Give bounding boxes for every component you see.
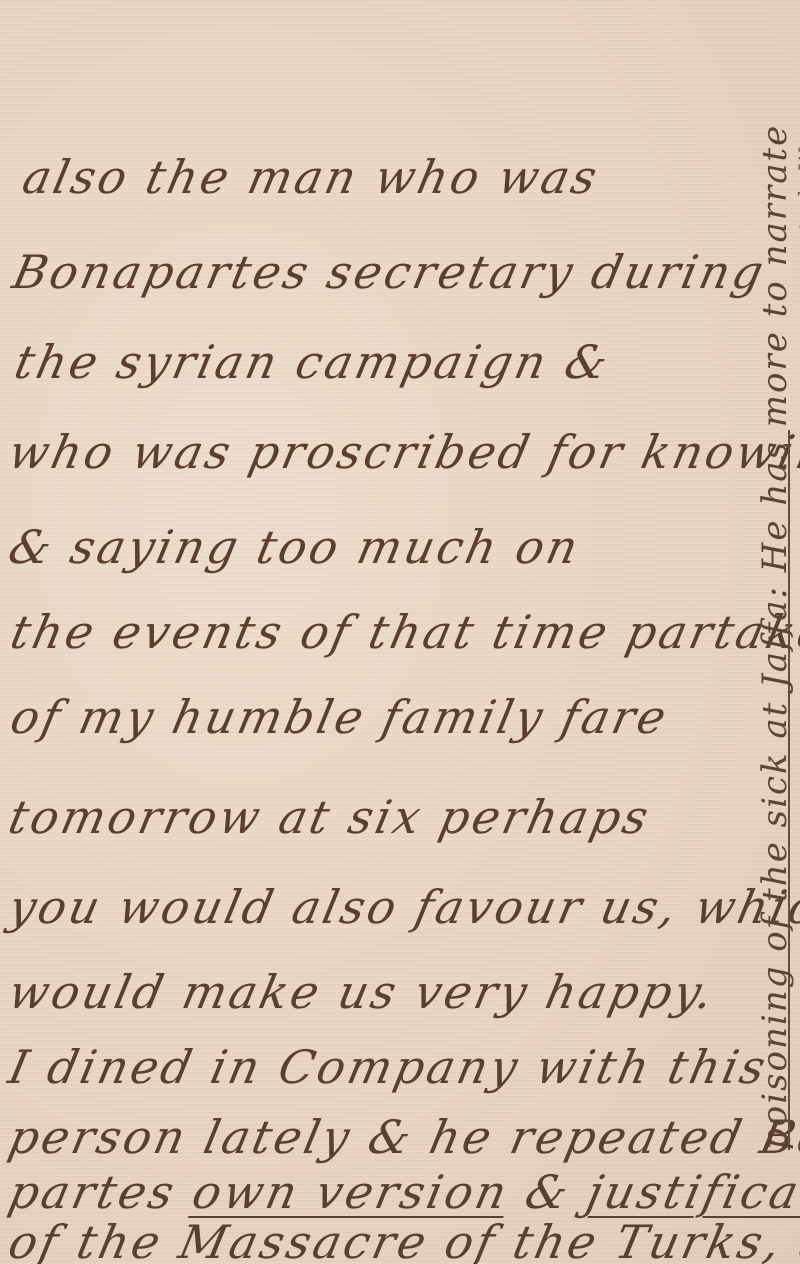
underlined-own-version: own version [188, 1165, 515, 1219]
text-line-7: of my humble family fare [6, 690, 674, 744]
text-line-1: also the man who was [18, 150, 605, 204]
text-line-4: who was proscribed for knowing [4, 425, 800, 479]
margin-note-outer: yours truly W. ... [796, 118, 800, 300]
text-line-13-part: partes [4, 1165, 199, 1219]
text-line-11: I dined in Company with this [4, 1040, 773, 1094]
text-line-2: Bonapartes secretary during [8, 245, 771, 299]
text-line-9: you would also favour us, which [4, 880, 800, 934]
text-line-3: the syrian campaign & [10, 335, 615, 389]
text-line-8: tomorrow at six perhaps [4, 790, 656, 844]
underlined-massacre: Massacre of the Turks [174, 1215, 770, 1264]
text-line-13: partes own version & justification [4, 1165, 800, 1219]
ampersand: & [503, 1165, 594, 1219]
text-line-5: & saying too much on [4, 520, 586, 574]
text-line-14: of the Massacre of the Turks, and the [4, 1215, 800, 1264]
text-line-12: person lately & he repeated Bona- [4, 1110, 800, 1164]
text-line-6: the events of that time partake [6, 605, 800, 659]
text-line-10: would make us very happy. [4, 965, 721, 1019]
text-line-14-part: of the [4, 1215, 186, 1264]
underlined-justification: justification [582, 1165, 800, 1219]
margin-note-main: poisoning of the sick at Jaffa: He has m… [755, 124, 795, 1150]
